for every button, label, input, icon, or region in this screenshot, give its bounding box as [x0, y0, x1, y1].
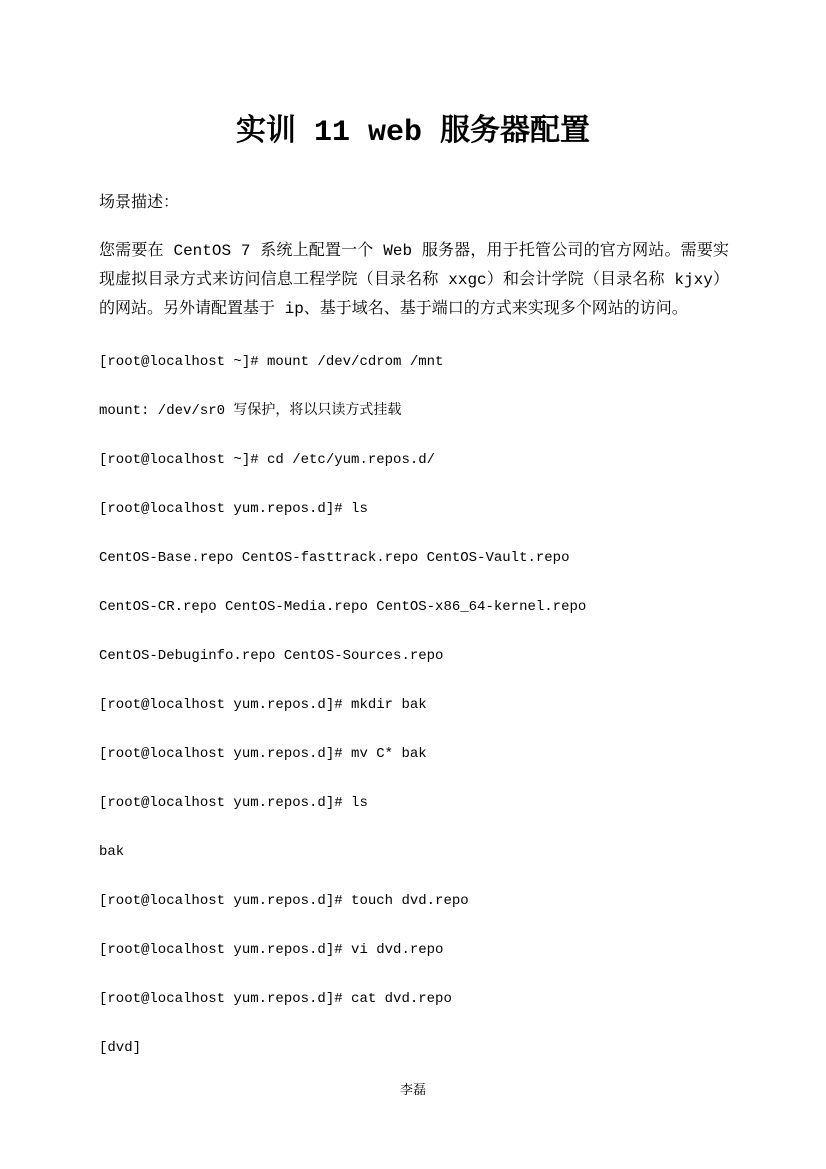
terminal-line: [root@localhost yum.repos.d]# mv C* bak: [99, 744, 799, 793]
terminal-line: [dvd]: [99, 1038, 799, 1087]
terminal-line: CentOS-CR.repo CentOS-Media.repo CentOS-…: [99, 597, 799, 646]
terminal-line: [root@localhost ~]# mount /dev/cdrom /mn…: [99, 352, 799, 401]
terminal-line: [root@localhost yum.repos.d]# touch dvd.…: [99, 891, 799, 940]
terminal-line: [root@localhost yum.repos.d]# ls: [99, 793, 799, 842]
terminal-line: [root@localhost ~]# cd /etc/yum.repos.d/: [99, 450, 799, 499]
terminal-line: mount: /dev/sr0 写保护，将以只读方式挂载: [99, 401, 799, 450]
terminal-line: bak: [99, 842, 799, 891]
terminal-transcript: [root@localhost ~]# mount /dev/cdrom /mn…: [99, 352, 799, 1087]
terminal-line: [root@localhost yum.repos.d]# vi dvd.rep…: [99, 940, 799, 989]
terminal-line: [root@localhost yum.repos.d]# mkdir bak: [99, 695, 799, 744]
document-title: 实训 11 web 服务器配置: [0, 112, 826, 154]
terminal-line: CentOS-Debuginfo.repo CentOS-Sources.rep…: [99, 646, 799, 695]
document-page: 实训 11 web 服务器配置 场景描述： 您需要在 CentOS 7 系统上配…: [0, 0, 826, 1169]
scenario-description: 您需要在 CentOS 7 系统上配置一个 Web 服务器，用于托管公司的官方网…: [99, 237, 729, 324]
section-heading: 场景描述：: [99, 189, 179, 218]
terminal-line: CentOS-Base.repo CentOS-fasttrack.repo C…: [99, 548, 799, 597]
footer-author: 李磊: [0, 1083, 826, 1099]
terminal-line: [root@localhost yum.repos.d]# cat dvd.re…: [99, 989, 799, 1038]
terminal-line: [root@localhost yum.repos.d]# ls: [99, 499, 799, 548]
